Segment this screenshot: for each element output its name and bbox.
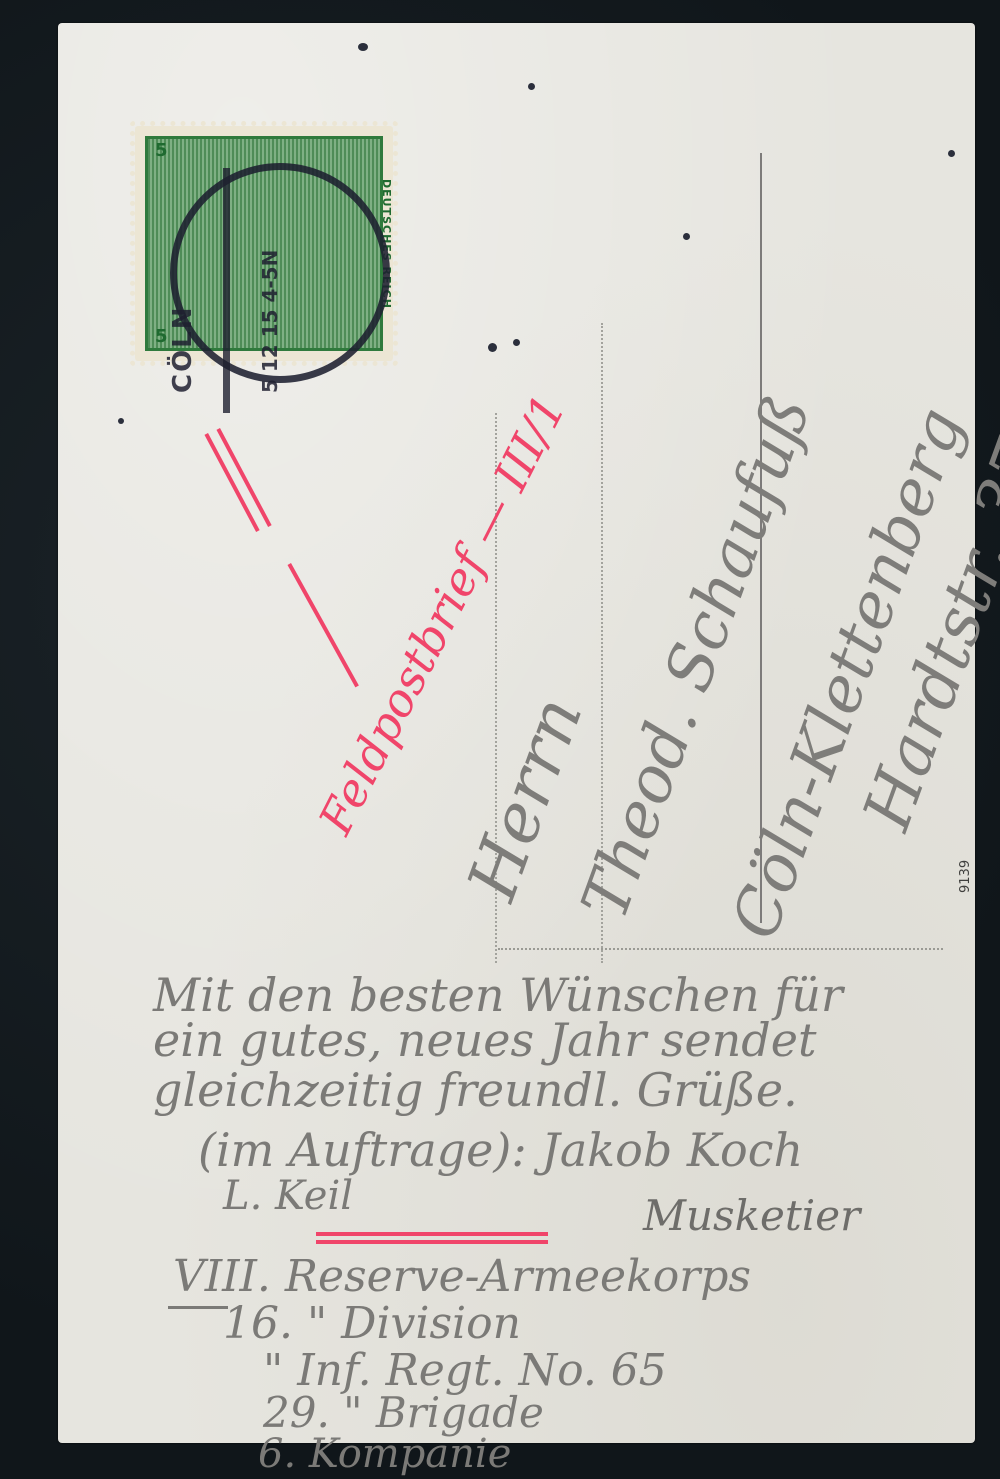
message-line: gleichzeitig freundl. Grüße.: [153, 1063, 798, 1117]
message-unit-brigade: 29. " Brigade: [263, 1388, 544, 1437]
postmark-date: 5 12 15 4-5N: [258, 233, 318, 393]
ink-spot: [528, 83, 535, 90]
ink-spot: [488, 343, 497, 352]
stamp-value-lower: 5: [155, 326, 168, 347]
printed-divider: [498, 948, 943, 950]
ink-spot: [948, 150, 955, 157]
red-underline: [288, 563, 359, 687]
message-unit-corps: VIII. Reserve-Armeekorps: [173, 1251, 751, 1302]
ink-spot: [118, 418, 124, 424]
ink-spot: [683, 233, 690, 240]
postmark-town: CÖLN: [168, 243, 248, 393]
message-signature: L. Keil: [223, 1173, 353, 1219]
stamp-value: 5: [155, 140, 168, 161]
red-annotation-unit: III/1: [483, 386, 576, 499]
ink-underline: [168, 1306, 228, 1309]
message-unit-division: 16. " Division: [223, 1298, 521, 1349]
message-line: ein gutes, neues Jahr sendet: [153, 1013, 816, 1067]
red-double-underline: [204, 433, 259, 532]
red-signature-underline: [316, 1232, 548, 1244]
red-annotation-text: Feldpostbrief: [308, 541, 497, 842]
ink-spot: [513, 339, 520, 346]
message-rank: Musketier: [643, 1191, 860, 1240]
postcard: DEUTSCHES REICH 5 5 CÖLN 5 12 15 4-5N He…: [58, 23, 975, 1443]
printed-card-number: 9139: [958, 860, 973, 893]
message-unit-company: 6. Kompanie: [258, 1431, 511, 1477]
red-double-underline: [216, 428, 271, 527]
message-line: (im Auftrage): Jakob Koch: [198, 1123, 803, 1177]
ink-spot: [358, 43, 368, 51]
